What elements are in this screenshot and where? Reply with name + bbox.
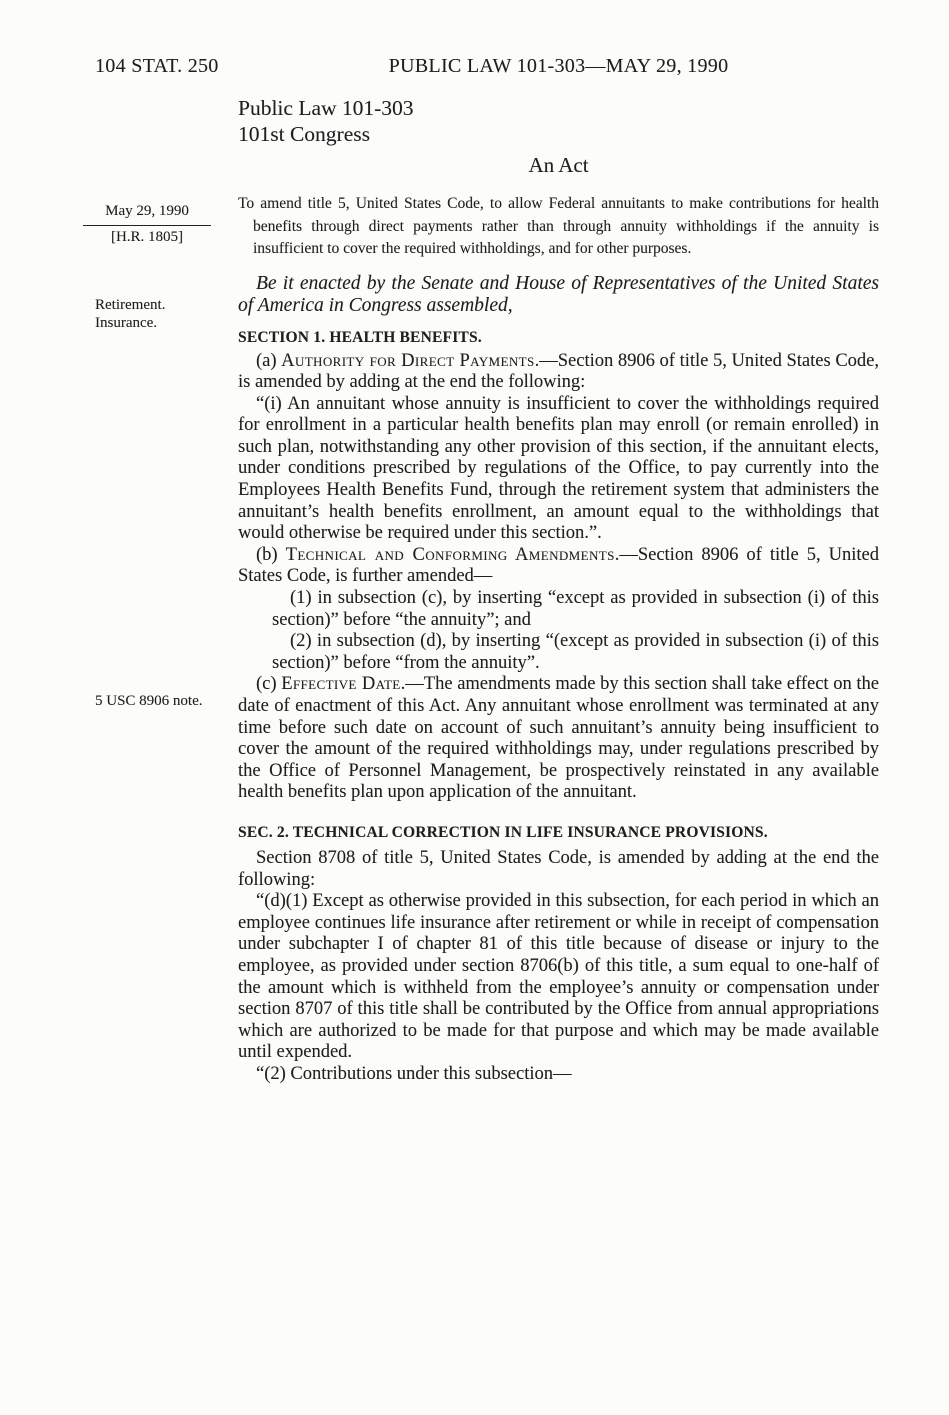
margin-note-date-block: May 29, 1990 [H.R. 1805] <box>83 203 211 246</box>
section-1a-paragraph: (a) Authority for Direct Payments.—Secti… <box>238 351 879 394</box>
section-1b-paragraph: (b) Technical and Conforming Amendments.… <box>238 545 879 588</box>
subsection-c-label: (c) <box>256 674 281 694</box>
stat-page-number: 104 STAT. 250 <box>95 55 219 78</box>
section-2-paragraph-1: Section 8708 of title 5, United States C… <box>238 848 879 891</box>
bill-number: [H.R. 1805] <box>83 229 211 247</box>
subject-insurance: Insurance. <box>95 315 225 333</box>
section-1-heading: SECTION 1. HEALTH BENEFITS. <box>238 329 879 347</box>
usc-note: 5 USC 8906 note. <box>95 693 225 711</box>
section-2-quoted-d1: “(d)(1) Except as otherwise provided in … <box>238 891 879 1064</box>
main-text-column: Public Law 101-303 101st Congress An Act… <box>238 95 879 1086</box>
section-1b-item-1: (1) in subsection (c), by inserting “exc… <box>238 588 879 631</box>
subsection-b-label: (b) <box>256 545 286 565</box>
subsection-a-label: (a) <box>256 351 281 371</box>
statute-page: 104 STAT. 250 PUBLIC LAW 101-303—MAY 29,… <box>0 0 949 1415</box>
section-2-quoted-d2: “(2) Contributions under this subsection… <box>238 1064 879 1086</box>
public-law-number: Public Law 101-303 <box>238 95 879 121</box>
subsection-b-title: Technical and Conforming Amendments <box>286 545 615 565</box>
margin-note-subjects: Retirement. Insurance. <box>95 297 225 332</box>
subject-retirement: Retirement. <box>95 297 225 315</box>
law-title-block: Public Law 101-303 101st Congress <box>238 95 879 147</box>
running-header-title: PUBLIC LAW 101-303—MAY 29, 1990 <box>238 55 879 78</box>
margin-note-rule <box>83 225 211 226</box>
section-1b-item-2: (2) in subsection (d), by inserting “(ex… <box>238 631 879 674</box>
enacting-clause: Be it enacted by the Senate and House of… <box>238 273 879 317</box>
subsection-c-title: Effective Date <box>281 674 400 694</box>
congress-number: 101st Congress <box>238 121 879 147</box>
section-1a-quoted-text: “(i) An annuitant whose annuity is insuf… <box>238 394 879 545</box>
subsection-a-title: Authority for Direct Payments <box>281 351 534 371</box>
an-act-heading: An Act <box>238 153 879 178</box>
section-1c-paragraph: (c) Effective Date.—The amendments made … <box>238 674 879 804</box>
preamble: To amend title 5, United States Code, to… <box>238 193 879 261</box>
enactment-date: May 29, 1990 <box>83 203 211 221</box>
section-2-heading: SEC. 2. TECHNICAL CORRECTION IN LIFE INS… <box>238 824 879 842</box>
